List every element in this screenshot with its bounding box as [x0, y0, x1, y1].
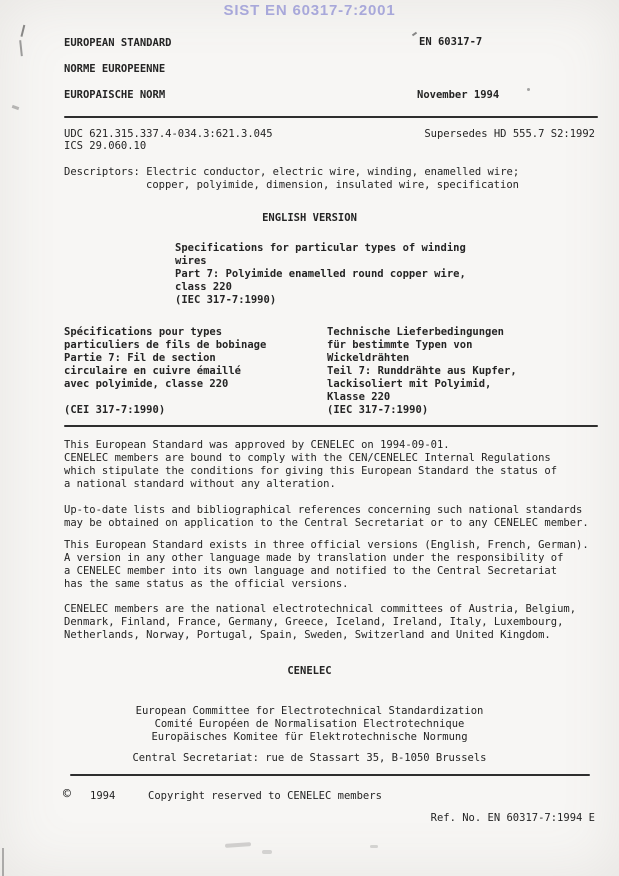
- version-heading: ENGLISH VERSION: [0, 212, 619, 225]
- text-line: Europäisches Komitee für Elektrotechnisc…: [0, 731, 619, 744]
- sist-watermark: SIST EN 60317-7:2001: [0, 2, 619, 20]
- organization-name: CENELEC: [0, 665, 619, 678]
- text-line: Spécifications pour types: [64, 326, 266, 339]
- header-title-german: EUROPAISCHE NORM: [64, 89, 165, 102]
- text-line: particuliers de fils de bobinage: [64, 339, 266, 352]
- text-line: Denmark, Finland, France, Germany, Greec…: [64, 616, 576, 629]
- text-line: a CENELEC member into its own language a…: [64, 565, 589, 578]
- text-line: CENELEC members are the national electro…: [64, 603, 576, 616]
- scan-artifact: [527, 88, 530, 91]
- title-german-block: Technische Lieferbedingungenfür bestimmt…: [327, 326, 517, 417]
- text-line: wires: [175, 255, 466, 268]
- descriptors-line-2: copper, polyimide, dimension, insulated …: [146, 179, 519, 192]
- text-line: may be obtained on application to the Ce…: [64, 517, 589, 530]
- text-line: This European Standard was approved by C…: [64, 439, 557, 452]
- ics-code: ICS 29.060.10: [64, 140, 146, 153]
- committee-names-block: European Committee for Electrotechnical …: [0, 705, 619, 744]
- text-line: This European Standard exists in three o…: [64, 539, 589, 552]
- scan-artifact: [12, 105, 20, 110]
- text-line: für bestimmte Typen von: [327, 339, 517, 352]
- text-line: Netherlands, Norway, Portugal, Spain, Sw…: [64, 629, 576, 642]
- header-title-english: EUROPEAN STANDARD: [64, 37, 171, 50]
- standard-number: EN 60317-7: [419, 36, 482, 49]
- text-line: Specifications for particular types of w…: [175, 242, 466, 255]
- central-secretariat-address: Central Secretariat: rue de Stassart 35,…: [0, 752, 619, 765]
- descriptors-text: Electric conductor, electric wire, windi…: [146, 166, 519, 178]
- text-line: Technische Lieferbedingungen: [327, 326, 517, 339]
- divider-line: [70, 774, 590, 776]
- scan-artifact: [225, 842, 251, 848]
- text-line: Part 7: Polyimide enamelled round copper…: [175, 268, 466, 281]
- header-title-french: NORME EUROPEENNE: [64, 63, 165, 76]
- text-line: Comité Européen de Normalisation Electro…: [0, 718, 619, 731]
- divider-line: [64, 425, 598, 427]
- text-line: class 220: [175, 281, 466, 294]
- copyright-icon: ©: [63, 788, 71, 801]
- paragraph-official-versions: This European Standard exists in three o…: [64, 539, 589, 591]
- paragraph-up-to-date-lists: Up-to-date lists and bibliographical ref…: [64, 504, 589, 530]
- scan-artifact: [370, 845, 378, 848]
- text-line: [64, 391, 266, 404]
- scan-artifact: [14, 23, 26, 37]
- text-line: has the same status as the official vers…: [64, 578, 589, 591]
- text-line: lackisoliert mit Polyimid,: [327, 378, 517, 391]
- scan-artifact: [262, 850, 272, 854]
- descriptors-label: Descriptors:: [64, 166, 146, 178]
- scan-artifact: [2, 848, 4, 876]
- text-line: which stipulate the conditions for givin…: [64, 465, 557, 478]
- scanned-standard-cover-page: SIST EN 60317-7:2001 EUROPEAN STANDARD E…: [0, 0, 619, 876]
- publication-date: November 1994: [417, 89, 499, 102]
- scan-artifact: [19, 40, 27, 57]
- title-english-block: Specifications for particular types of w…: [175, 242, 466, 307]
- text-line: (CEI 317-7:1990): [64, 404, 266, 417]
- text-line: CENELEC members are bound to comply with…: [64, 452, 557, 465]
- supersedes-note: Supersedes HD 555.7 S2:1992: [424, 128, 595, 141]
- text-line: (IEC 317-7:1990): [175, 294, 466, 307]
- scan-artifact: [412, 32, 417, 37]
- paragraph-approval: This European Standard was approved by C…: [64, 439, 557, 491]
- text-line: Partie 7: Fil de section: [64, 352, 266, 365]
- text-line: a national standard without any alterati…: [64, 478, 557, 491]
- copyright-year: 1994: [90, 790, 115, 803]
- text-line: Teil 7: Runddrähte aus Kupfer,: [327, 365, 517, 378]
- text-line: (IEC 317-7:1990): [327, 404, 517, 417]
- descriptors-line-1: Descriptors: Electric conductor, electri…: [64, 166, 519, 179]
- divider-line: [64, 116, 598, 118]
- text-line: A version in any other language made by …: [64, 552, 589, 565]
- reference-number: Ref. No. EN 60317-7:1994 E: [431, 812, 595, 825]
- text-line: European Committee for Electrotechnical …: [0, 705, 619, 718]
- title-french-block: Spécifications pour typesparticuliers de…: [64, 326, 266, 417]
- text-line: circulaire en cuivre émaillé: [64, 365, 266, 378]
- copyright-text: Copyright reserved to CENELEC members: [148, 790, 382, 803]
- text-line: Up-to-date lists and bibliographical ref…: [64, 504, 589, 517]
- text-line: avec polyimide, classe 220: [64, 378, 266, 391]
- text-line: Wickeldrähten: [327, 352, 517, 365]
- paragraph-members: CENELEC members are the national electro…: [64, 603, 576, 642]
- text-line: Klasse 220: [327, 391, 517, 404]
